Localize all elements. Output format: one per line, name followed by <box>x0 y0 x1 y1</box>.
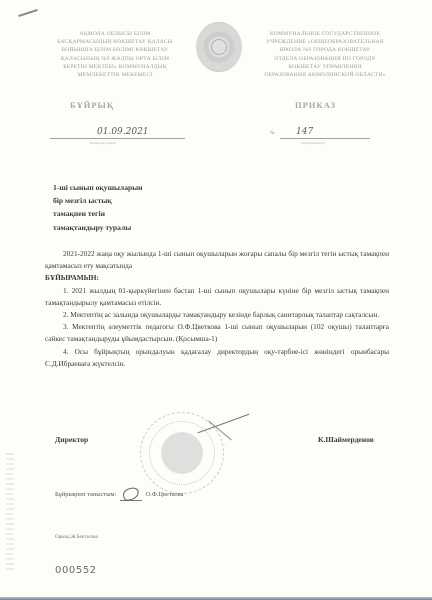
header-kz-line: қаласының №9 жалпы орта білім <box>40 55 190 63</box>
order-body: 2021-2022 жаңа оқу жылында 1-ші сынып оқ… <box>45 248 389 370</box>
header-kz-line: беретін мектебі» коммуналдық <box>40 63 190 71</box>
order-item-4: 4. Осы бұйрықтың орындалуын қадағалау ди… <box>45 346 389 370</box>
number-prefix: № <box>270 131 275 136</box>
order-item-3: 3. Мектептің әлеуметтік педагогы О.Ф.Цве… <box>45 321 389 345</box>
performer: Орынд.Ж.Бектасова <box>55 535 98 540</box>
order-date: 01.09.2021 <box>97 127 149 137</box>
header-kz-line: мемлекеттік мекемесі <box>40 71 190 79</box>
subject-line: бір мезгіл ыстық <box>53 194 143 207</box>
header-ru-line: образования Акмолинской области» <box>250 71 400 79</box>
scan-mark <box>18 9 38 17</box>
header-ru-line: школа №9 города Кокшетау <box>250 46 400 54</box>
order-number: 147 <box>296 127 313 137</box>
number-caption: город Кокшетау <box>301 141 325 145</box>
subject-line: тамақпен тегін <box>53 207 143 220</box>
number-line <box>280 138 370 139</box>
order-title-ru: ПРИКАЗ <box>295 100 336 110</box>
header-ru-line: отдела образования по городу <box>250 55 400 63</box>
intro-paragraph: 2021-2022 жаңа оқу жылында 1-ші сынып оқ… <box>45 248 389 272</box>
header-kz: Ақмола облысы білім басқармасының Көкшет… <box>40 30 190 79</box>
order-word: БҰЙЫРАМЫН: <box>45 272 389 284</box>
order-item-2: 2. Мектептің ас залында оқушыларды тамақ… <box>45 309 389 321</box>
document-page: Ақмола облысы білім басқармасының Көкшет… <box>0 0 432 600</box>
signatory-role: Директор <box>55 435 88 444</box>
date-caption: Кокшетау қаласы <box>90 141 116 145</box>
acknowledgement: Бұйрықпен таныстым: О.Ф.Цветкова <box>55 488 183 501</box>
ack-label: Бұйрықпен таныстым: <box>55 491 116 498</box>
header-ru: Коммунальное государственное учреждение … <box>250 30 400 79</box>
header-ru-line: Кокшетау управления <box>250 63 400 71</box>
ack-signature <box>120 488 142 501</box>
ack-name: О.Ф.Цветкова <box>146 491 184 498</box>
header-kz-line: басқармасының Көкшетау қаласы <box>40 38 190 46</box>
header-kz-line: Ақмола облысы білім <box>40 30 190 38</box>
date-line <box>50 138 185 139</box>
order-subject: 1-ші сынып оқушыларын бір мезгіл ыстық т… <box>53 181 143 234</box>
subject-line: 1-ші сынып оқушыларын <box>53 181 143 194</box>
subject-line: тамақтандыру туралы <box>53 221 143 234</box>
signatory-name: К.Шаймерденов <box>318 435 374 444</box>
header-ru-line: Коммунальное государственное <box>250 30 400 38</box>
order-item-1: 1. 2021 жылдың 01-қыркүйегінен бастап 1-… <box>45 285 389 309</box>
emblem-center <box>211 39 227 55</box>
serial-number: 000552 <box>55 565 97 576</box>
state-emblem-icon <box>196 22 242 72</box>
header-ru-line: учреждение «Общеобразовательная <box>250 38 400 46</box>
header-kz-line: бойынша білім бөлімі Көкшетау <box>40 46 190 54</box>
order-title-kz: БҰЙРЫҚ <box>70 100 114 110</box>
binding-strip <box>6 450 14 570</box>
